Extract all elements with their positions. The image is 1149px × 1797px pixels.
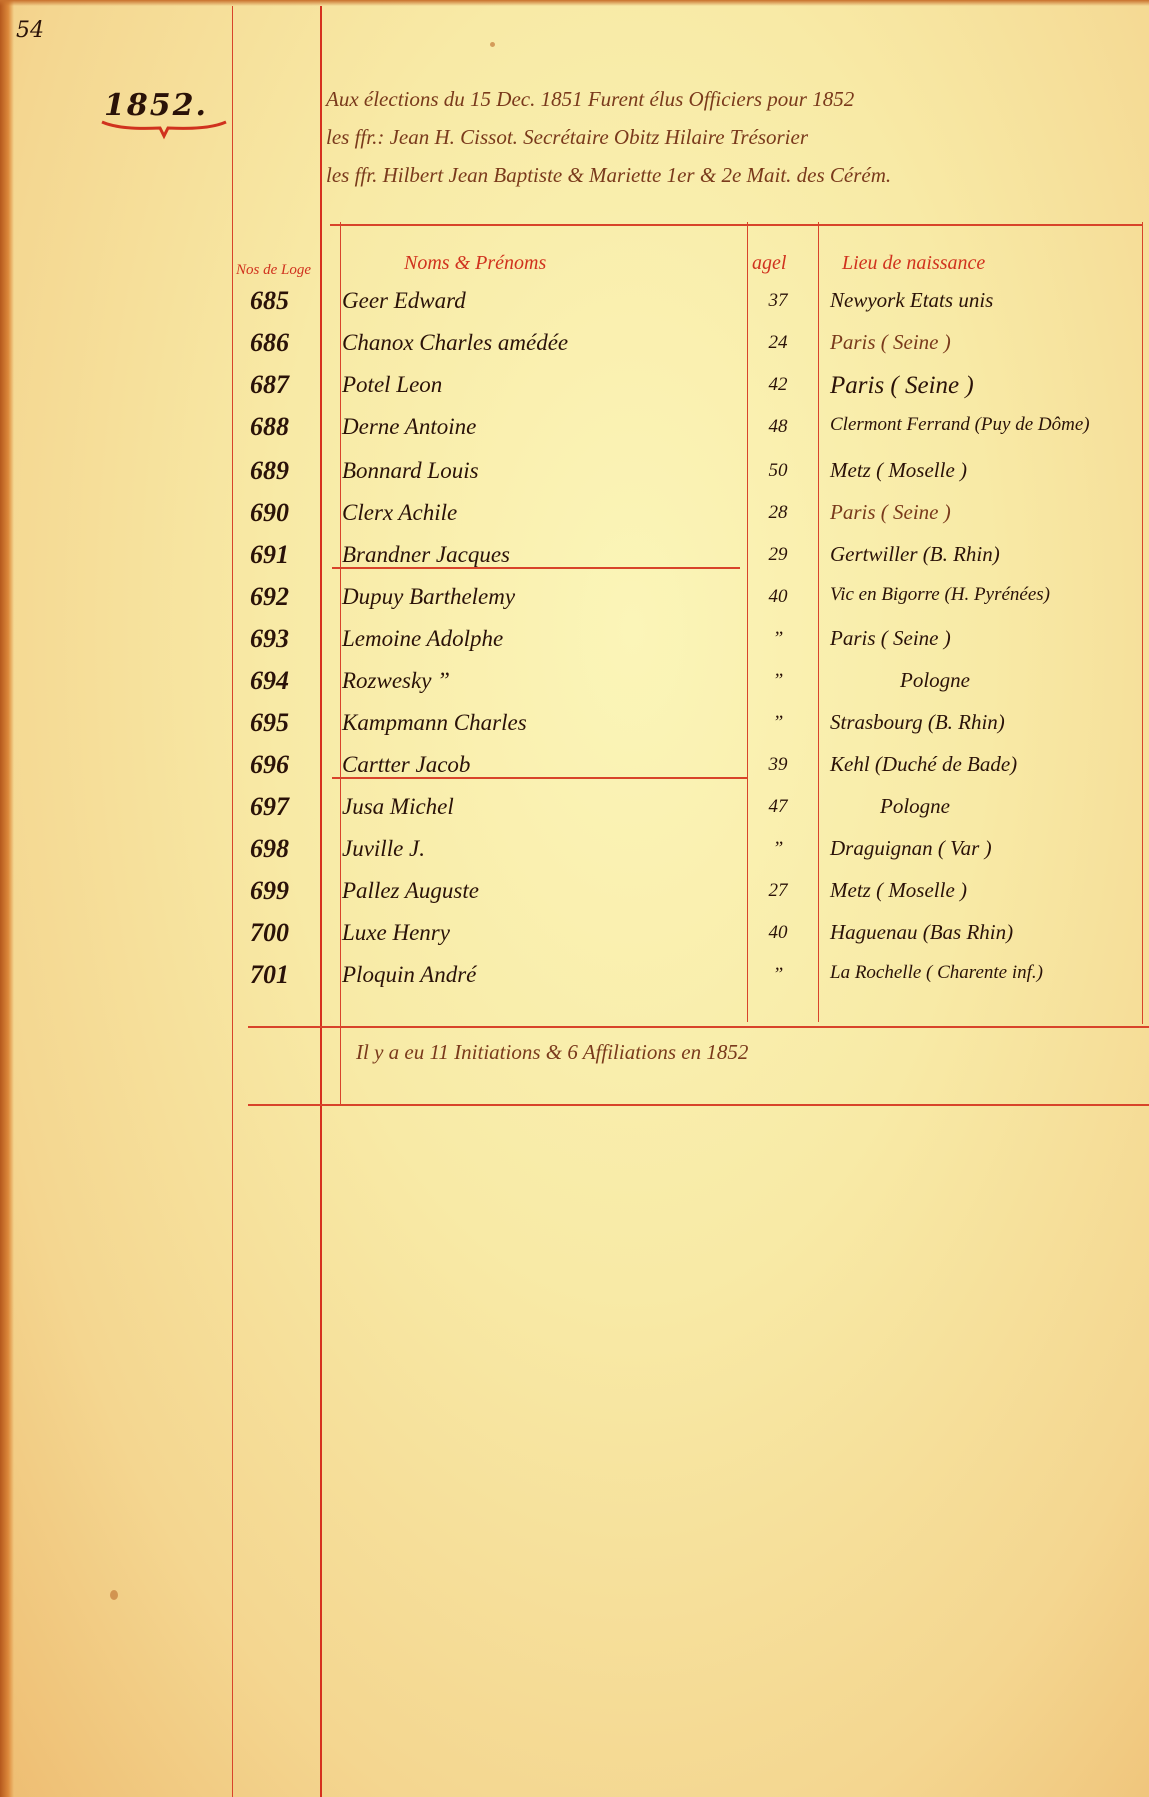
member-age: ” <box>758 670 798 692</box>
member-name: Bonnard Louis <box>342 458 732 484</box>
header-lodge-number: Nos de Loge <box>236 262 311 279</box>
register-row: 694 Rozwesky ” ” Pologne <box>0 662 1149 700</box>
birthplace: Paris ( Seine ) <box>830 372 1145 400</box>
member-age: ” <box>758 838 798 860</box>
member-name: Chanox Charles amédée <box>342 330 732 356</box>
register-row: 695 Kampmann Charles ” Strasbourg (B. Rh… <box>0 704 1149 742</box>
register-row: 700 Luxe Henry 40 Haguenau (Bas Rhin) <box>0 914 1149 952</box>
lodge-number: 701 <box>250 960 330 990</box>
member-age: ” <box>758 712 798 734</box>
member-age: ” <box>758 964 798 986</box>
page-top-edge <box>0 0 1149 6</box>
lodge-number: 693 <box>250 624 330 654</box>
header-age: agel <box>752 252 786 275</box>
member-name: Potel Leon <box>342 372 732 398</box>
register-row: 697 Jusa Michel 47 Pologne <box>0 788 1149 826</box>
birthplace: Pologne <box>880 794 1149 819</box>
register-row: 696 Cartter Jacob 39 Kehl (Duché de Bade… <box>0 746 1149 784</box>
register-row: 701 Ploquin André ” La Rochelle ( Charen… <box>0 956 1149 994</box>
officers-election-note: Aux élections du 15 Dec. 1851 Furent élu… <box>326 80 1141 194</box>
register-row: 686 Chanox Charles amédée 24 Paris ( Sei… <box>0 324 1149 362</box>
member-name: Juville J. <box>342 836 732 862</box>
member-name: Lemoine Adolphe <box>342 626 732 652</box>
officers-line: les ffr.: Jean H. Cissot. Secrétaire Obi… <box>326 118 1141 156</box>
lodge-number: 696 <box>250 750 330 780</box>
member-name: Jusa Michel <box>342 794 732 820</box>
member-age: 48 <box>758 416 798 438</box>
lodge-number: 697 <box>250 792 330 822</box>
officers-line: les ffr. Hilbert Jean Baptiste & Mariett… <box>326 156 1141 194</box>
birthplace: Gertwiller (B. Rhin) <box>830 542 1145 567</box>
birthplace: Clermont Ferrand (Puy de Dôme) <box>830 414 1145 436</box>
register-row: 693 Lemoine Adolphe ” Paris ( Seine ) <box>0 620 1149 658</box>
birthplace: Paris ( Seine ) <box>830 500 1145 525</box>
register-row: 687 Potel Leon 42 Paris ( Seine ) <box>0 366 1149 404</box>
officers-line: Aux élections du 15 Dec. 1851 Furent élu… <box>326 80 1141 118</box>
lodge-number: 687 <box>250 370 330 400</box>
member-name: Rozwesky ” <box>342 668 732 694</box>
summary-bottom-rule <box>248 1104 1149 1106</box>
member-name: Geer Edward <box>342 288 732 314</box>
member-name: Kampmann Charles <box>342 710 732 736</box>
member-name: Luxe Henry <box>342 920 732 946</box>
member-age: 42 <box>758 374 798 396</box>
table-top-rule <box>330 224 1142 226</box>
birthplace: Newyork Etats unis <box>830 288 1145 313</box>
page-number: 54 <box>16 18 44 43</box>
birthplace: Paris ( Seine ) <box>830 330 1145 355</box>
lodge-number: 695 <box>250 708 330 738</box>
birthplace: Metz ( Moselle ) <box>830 458 1145 483</box>
register-row: 690 Clerx Achile 28 Paris ( Seine ) <box>0 494 1149 532</box>
lodge-number: 700 <box>250 918 330 948</box>
member-name: Brandner Jacques <box>342 542 732 568</box>
register-row: 699 Pallez Auguste 27 Metz ( Moselle ) <box>0 872 1149 910</box>
member-age: 29 <box>758 544 798 566</box>
year-brace-decoration <box>100 118 230 140</box>
member-age: 37 <box>758 290 798 312</box>
register-row: 691 Brandner Jacques 29 Gertwiller (B. R… <box>0 536 1149 574</box>
member-age: 40 <box>758 922 798 944</box>
member-name: Derne Antoine <box>342 414 732 440</box>
lodge-number: 694 <box>250 666 330 696</box>
birthplace: Kehl (Duché de Bade) <box>830 752 1145 777</box>
register-row: 689 Bonnard Louis 50 Metz ( Moselle ) <box>0 452 1149 490</box>
table-bottom-rule <box>248 1026 1149 1028</box>
member-name: Ploquin André <box>342 962 732 988</box>
register-row: 692 Dupuy Barthelemy 40 Vic en Bigorre (… <box>0 578 1149 616</box>
member-age: 24 <box>758 332 798 354</box>
member-age: 50 <box>758 460 798 482</box>
member-age: 47 <box>758 796 798 818</box>
ledger-page: 54 1852. Aux élections du 15 Dec. 1851 F… <box>0 0 1149 1797</box>
birthplace: Pologne <box>900 668 1149 693</box>
member-name: Pallez Auguste <box>342 878 732 904</box>
birthplace: La Rochelle ( Charente inf.) <box>830 962 1145 984</box>
lodge-number: 699 <box>250 876 330 906</box>
register-row: 685 Geer Edward 37 Newyork Etats unis <box>0 282 1149 320</box>
lodge-number: 689 <box>250 456 330 486</box>
birthplace: Metz ( Moselle ) <box>830 878 1145 903</box>
paper-stain <box>110 1590 118 1600</box>
lodge-number: 685 <box>250 286 330 316</box>
birthplace: Vic en Bigorre (H. Pyrénées) <box>830 584 1145 606</box>
year-summary-note: Il y a eu 11 Initiations & 6 Affiliation… <box>356 1040 748 1065</box>
register-row: 688 Derne Antoine 48 Clermont Ferrand (P… <box>0 408 1149 446</box>
lodge-number: 698 <box>250 834 330 864</box>
member-age: 40 <box>758 586 798 608</box>
header-birthplace: Lieu de naissance <box>842 252 985 275</box>
member-age: 27 <box>758 880 798 902</box>
lodge-number: 690 <box>250 498 330 528</box>
lodge-number: 686 <box>250 328 330 358</box>
lodge-number: 691 <box>250 540 330 570</box>
member-name: Cartter Jacob <box>342 752 732 778</box>
birthplace: Strasbourg (B. Rhin) <box>830 710 1145 735</box>
lodge-number: 692 <box>250 582 330 612</box>
birthplace: Haguenau (Bas Rhin) <box>830 920 1145 945</box>
lodge-number: 688 <box>250 412 330 442</box>
register-row: 698 Juville J. ” Draguignan ( Var ) <box>0 830 1149 868</box>
birthplace: Draguignan ( Var ) <box>830 836 1145 861</box>
member-name: Dupuy Barthelemy <box>342 584 732 610</box>
header-names: Noms & Prénoms <box>404 252 546 275</box>
paper-stain <box>490 42 495 47</box>
member-name: Clerx Achile <box>342 500 732 526</box>
member-age: 28 <box>758 502 798 524</box>
member-age: ” <box>758 628 798 650</box>
birthplace: Paris ( Seine ) <box>830 626 1145 651</box>
member-age: 39 <box>758 754 798 776</box>
